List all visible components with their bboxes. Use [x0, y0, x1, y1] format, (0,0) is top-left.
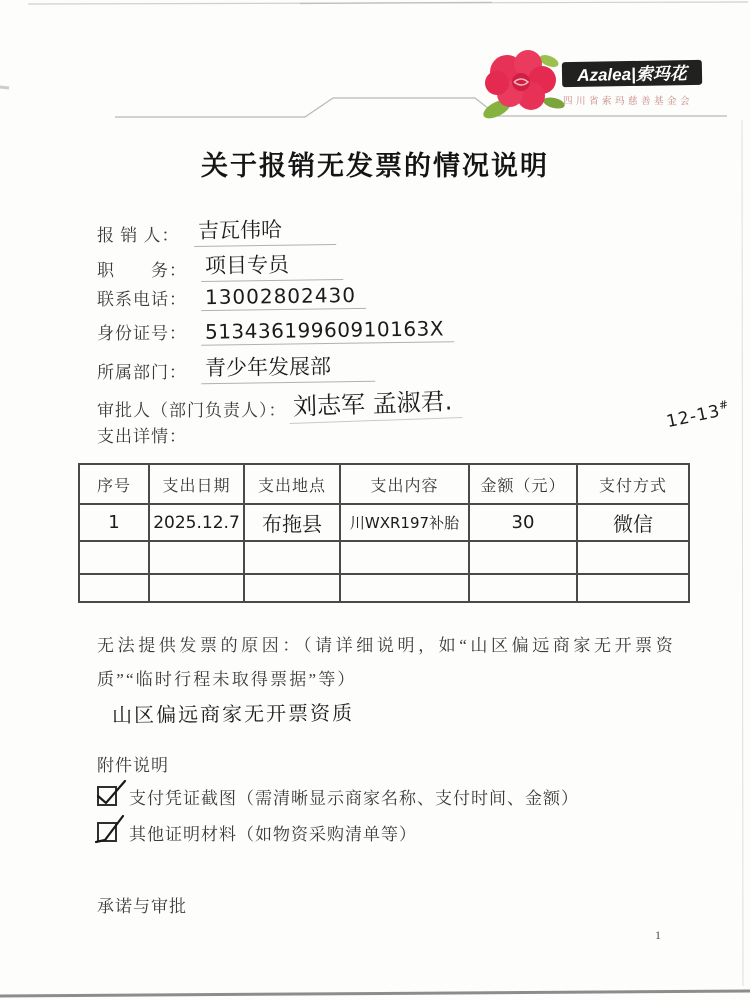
field-label: 所属部门：	[97, 358, 187, 383]
field-label: 支出详情：	[97, 422, 187, 447]
cell-empty	[469, 541, 577, 574]
page-number: 1	[655, 928, 661, 943]
commitment-approval-heading: 承诺与审批	[97, 892, 187, 917]
cell-empty	[244, 541, 340, 574]
checkbox-icon	[97, 786, 117, 806]
checklist-item-other-proof: 其他证明材料（如物资采购清单等）	[97, 820, 417, 844]
cell-payment: 微信	[577, 504, 689, 541]
cell-empty	[149, 574, 244, 602]
checklist-label: 其他证明材料（如物资采购清单等）	[129, 820, 417, 845]
cell-seq: 1	[79, 504, 149, 541]
field-value-handwritten: 吉瓦伟哈	[193, 213, 335, 247]
field-label: 职 务：	[97, 256, 187, 281]
margin-note-text: 12-13	[665, 401, 722, 432]
header-content: 支出内容	[340, 464, 469, 504]
cell-empty	[79, 541, 149, 574]
header-amount: 金额（元）	[469, 464, 577, 504]
field-label: 审批人（部门负责人）：	[97, 396, 287, 421]
azalea-flower-icon	[480, 50, 565, 122]
field-row-id-number: 身份证号： 51343619960910163X	[97, 318, 454, 344]
checkbox-icon	[97, 822, 117, 842]
cell-empty	[469, 574, 577, 602]
logo-brand-text: Azalea|索玛花	[576, 64, 690, 85]
cell-empty	[577, 541, 689, 574]
table-header-row: 序号 支出日期 支出地点 支出内容 金额（元） 支付方式	[79, 464, 689, 504]
reason-prompt: 无法提供发票的原因：（请详细说明，如“山区偏远商家无开票资质”“临时行程未取得票…	[97, 629, 675, 697]
field-label: 身份证号：	[97, 319, 187, 344]
approver-signature: 刘志军 孟淑君.	[288, 381, 462, 424]
checklist-item-payment-screenshot: 支付凭证截图（需清晰显示商家名称、支付时间、金额）	[97, 784, 579, 808]
table-row: 1 2025.12.7 布拖县 川WXR197补胎 30 微信	[79, 504, 689, 541]
logo-subtitle: 四川省索玛慈善基金会	[563, 95, 693, 107]
field-value-handwritten: 项目专员	[201, 248, 343, 282]
checklist-label: 支付凭证截图（需清晰显示商家名称、支付时间、金额）	[129, 784, 579, 809]
cell-empty	[149, 541, 244, 574]
field-row-reimburser: 报 销 人： 吉瓦伟哈	[97, 214, 336, 246]
cell-empty	[340, 541, 469, 574]
field-value-empty	[201, 446, 215, 447]
scanned-document-page: Azalea|索玛花 四川省索玛慈善基金会 关于报销无发票的情况说明 报 销 人…	[0, 0, 750, 1000]
header-payment: 支付方式	[577, 464, 689, 504]
attachments-heading: 附件说明	[97, 751, 169, 776]
cell-empty	[244, 574, 340, 602]
scan-edge-bottom	[0, 991, 750, 996]
scan-edge-right	[742, 120, 743, 986]
scan-mark-left	[0, 87, 9, 88]
scan-edge-top-dark	[300, 2, 492, 3]
table-row-empty	[79, 574, 689, 602]
field-label: 联系电话：	[97, 285, 187, 310]
header-seq: 序号	[79, 464, 149, 504]
cell-empty	[79, 574, 149, 602]
cell-empty	[340, 574, 469, 602]
field-value-handwritten: 青少年发展部	[201, 350, 375, 384]
field-value-handwritten: 51343619960910163X	[201, 316, 454, 346]
check-mark-icon	[94, 776, 130, 808]
cell-amount: 30	[469, 504, 577, 541]
field-row-expense-details: 支出详情：	[97, 422, 215, 447]
cell-empty	[577, 574, 689, 602]
field-row-phone: 联系电话： 13002802430	[97, 284, 366, 310]
logo-band: Azalea|索玛花	[562, 60, 702, 87]
header-place: 支出地点	[244, 464, 340, 504]
header-date: 支出日期	[149, 464, 244, 504]
check-mark-icon	[94, 812, 130, 846]
page-title: 关于报销无发票的情况说明	[0, 144, 750, 183]
field-row-approver: 审批人（部门负责人）： 刘志军 孟淑君.	[97, 384, 462, 421]
margin-note-handwritten: 12-13#	[664, 398, 732, 433]
field-row-position: 职 务： 项目专员	[97, 249, 343, 281]
cell-date: 2025.12.7	[149, 504, 244, 541]
field-row-department: 所属部门： 青少年发展部	[97, 351, 375, 383]
margin-note-sup: #	[718, 398, 731, 413]
table-row-empty	[79, 541, 689, 574]
expense-table: 序号 支出日期 支出地点 支出内容 金额（元） 支付方式 1 2025.12.7…	[78, 463, 690, 603]
field-label: 报 销 人：	[97, 221, 180, 246]
reason-answer-handwritten: 山区偏远商家无开票资质	[112, 697, 354, 729]
scan-edge-top	[28, 2, 748, 4]
cell-content: 川WXR197补胎	[340, 504, 469, 541]
cell-place: 布拖县	[244, 504, 340, 541]
field-value-handwritten: 13002802430	[201, 283, 366, 311]
letterhead-divider	[115, 98, 727, 117]
